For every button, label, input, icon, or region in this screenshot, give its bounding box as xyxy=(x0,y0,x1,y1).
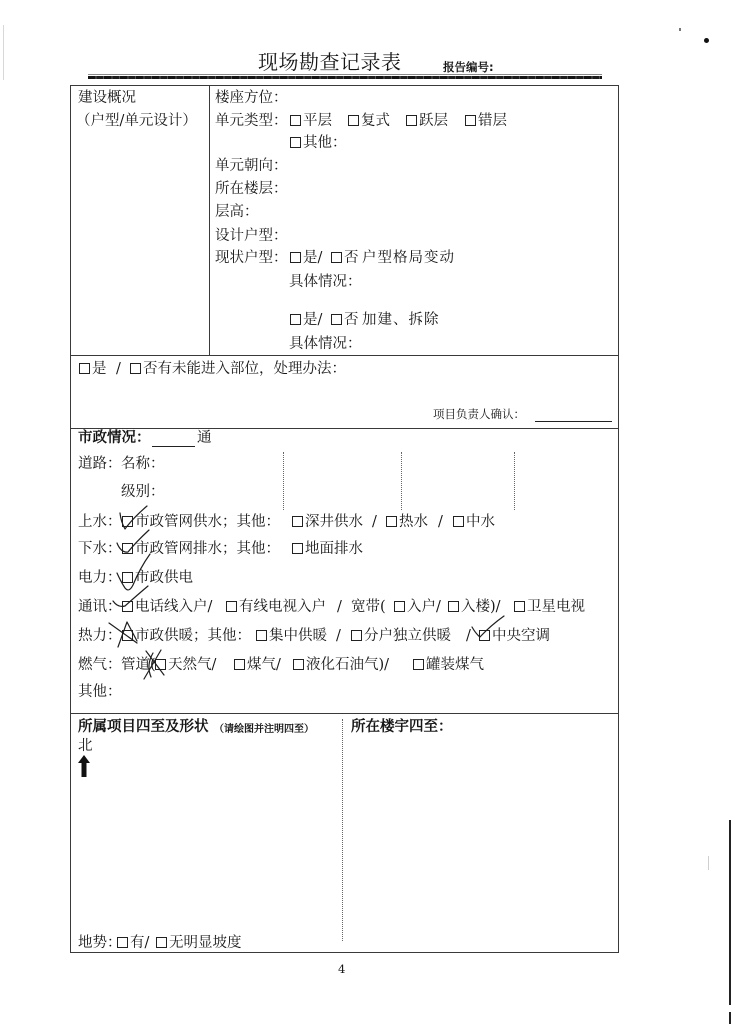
north-label: 北 xyxy=(78,737,93,755)
checkbox-broadband-building[interactable] xyxy=(448,601,459,612)
checkbox-layout-changed-no[interactable] xyxy=(331,252,342,263)
checkbox-satellite-tv[interactable] xyxy=(514,601,525,612)
option-label: 卫星电视 xyxy=(527,599,585,615)
option-label: 是 xyxy=(92,361,107,377)
option-label: 集中供暖 xyxy=(269,628,327,644)
heating-central[interactable]: 集中供暖 xyxy=(255,627,327,645)
checkbox-duplex[interactable] xyxy=(348,115,359,126)
option-label: 煤气/ xyxy=(247,657,281,673)
unit-type-option-other[interactable]: 其他： xyxy=(289,134,347,152)
page-number: 4 xyxy=(338,960,345,978)
broadband-home[interactable]: 入户/ xyxy=(393,598,441,616)
municipal-suffix: 通 xyxy=(197,429,212,447)
gas-lpg[interactable]: 液化石油气)/ xyxy=(292,656,389,674)
form-title: 现场勘查记录表 xyxy=(258,50,402,74)
project-sketch-area[interactable] xyxy=(72,760,340,930)
inaccessible-separator: / xyxy=(116,360,121,378)
checkbox-deep-well[interactable] xyxy=(292,516,303,527)
unit-facing-label: 单元朝向： xyxy=(215,157,288,175)
unit-type-label: 单元类型： xyxy=(215,112,288,130)
option-label: 平层 xyxy=(303,113,332,129)
project-lead-confirm-label: 项目负责人确认： xyxy=(433,405,525,423)
municipal-title: 市政情况： xyxy=(78,429,151,447)
checkbox-inaccessible-no[interactable] xyxy=(130,363,141,374)
project-boundary-title: 所属项目四至及形状 xyxy=(78,718,209,736)
checkbox-reclaimed-water[interactable] xyxy=(453,516,464,527)
project-lead-signature-line[interactable] xyxy=(535,421,612,422)
separator: / xyxy=(372,513,377,531)
checkbox-lpg[interactable] xyxy=(293,659,304,670)
unit-type-option-duplex[interactable]: 复式 xyxy=(347,112,390,130)
road-column-divider-3 xyxy=(514,452,515,510)
water-supply-hot-water[interactable]: 热水 xyxy=(385,513,428,531)
option-label: 市政管网供水；其他： xyxy=(135,514,280,530)
checkbox-coal-gas[interactable] xyxy=(234,659,245,670)
checkbox-bottled-gas[interactable] xyxy=(413,659,424,670)
section-divider-1 xyxy=(70,355,618,356)
water-supply-label: 上水： xyxy=(78,513,122,531)
option-label: 罐装煤气 xyxy=(426,657,484,673)
option-label: 市政管网排水；其他： xyxy=(135,541,280,557)
checkbox-has-slope[interactable] xyxy=(117,937,128,948)
unit-type-option-loft[interactable]: 跃层 xyxy=(405,112,448,130)
option-label: 否有未能进入部位，处理办法： xyxy=(143,361,346,377)
terrain-label: 地势： xyxy=(78,934,122,952)
checkbox-surface-drainage[interactable] xyxy=(292,543,303,554)
additions-item: 加建、拆除 xyxy=(362,311,440,329)
layout-detail-label: 具体情况： xyxy=(289,273,362,291)
option-label: 电话线入户/ xyxy=(135,599,212,615)
power-label: 电力： xyxy=(78,569,122,587)
checkbox-phone-line[interactable] xyxy=(122,601,133,612)
inaccessible-no[interactable]: 否有未能进入部位，处理办法： xyxy=(129,360,346,378)
current-layout-label: 现状户型： xyxy=(215,249,288,267)
separator: / xyxy=(438,513,443,531)
checkbox-hot-water[interactable] xyxy=(386,516,397,527)
option-label: 地面排水 xyxy=(305,541,363,557)
unit-type-option-flat[interactable]: 平层 xyxy=(289,112,332,130)
gas-label: 燃气： xyxy=(78,656,122,674)
project-boundary-note: （请绘图并注明四至） xyxy=(214,721,314,739)
header-rule-thin xyxy=(88,74,602,75)
header-rule-thick xyxy=(88,76,602,79)
option-label: 入户/ xyxy=(407,599,441,615)
checkbox-natural-gas[interactable] xyxy=(155,659,166,670)
option-label: 有/ xyxy=(130,935,149,951)
option-label: 热水 xyxy=(399,514,428,530)
checkbox-water-municipal[interactable] xyxy=(122,516,133,527)
checkbox-additions-no[interactable] xyxy=(331,314,342,325)
checkbox-split-level[interactable] xyxy=(465,115,476,126)
drainage-label: 下水： xyxy=(78,540,122,558)
option-label: 入楼)/ xyxy=(461,599,501,615)
water-supply-reclaimed[interactable]: 中水 xyxy=(452,513,495,531)
separator: / xyxy=(466,627,471,645)
power-municipal[interactable]: 市政供电 xyxy=(121,569,193,587)
option-label: 否 xyxy=(344,312,359,328)
option-label: 是/ xyxy=(303,312,322,328)
building-orientation-label: 楼座方位： xyxy=(215,89,288,107)
checkbox-inaccessible-yes[interactable] xyxy=(79,363,90,374)
checkbox-cable-tv[interactable] xyxy=(226,601,237,612)
road-column-divider-2 xyxy=(401,452,402,510)
scan-edge xyxy=(3,25,4,80)
heating-label: 热力： xyxy=(78,627,122,645)
option-label: 分户独立供暖 xyxy=(364,628,451,644)
checkbox-other[interactable] xyxy=(290,137,301,148)
separator: / xyxy=(337,598,342,616)
option-label: 市政供电 xyxy=(135,570,193,586)
heating-municipal[interactable]: 市政供暖；其他： xyxy=(121,627,251,645)
option-label: 无明显坡度 xyxy=(169,935,242,951)
road-column-divider-1 xyxy=(283,452,284,510)
checkbox-heating-municipal[interactable] xyxy=(122,630,133,641)
option-label: 复式 xyxy=(361,113,390,129)
option-label: 深井供水 xyxy=(305,514,363,530)
inaccessible-yes[interactable]: 是 xyxy=(78,360,107,378)
road-grade-label: 级别： xyxy=(121,483,165,501)
terrain-has-slope[interactable]: 有/ xyxy=(116,934,149,952)
column-divider xyxy=(209,85,210,355)
heating-central-ac[interactable]: 中央空调 xyxy=(478,627,550,645)
option-label: 其他： xyxy=(303,135,347,151)
option-label: 是/ xyxy=(303,250,322,266)
layout-change-item: 户型格局变动 xyxy=(362,249,455,267)
current-layout-yes[interactable]: 是/ xyxy=(289,249,322,267)
checkbox-individual-heating[interactable] xyxy=(351,630,362,641)
option-label: 天然气/ xyxy=(168,657,216,673)
gas-bottled[interactable]: 罐装煤气 xyxy=(412,656,484,674)
broadband-label: 宽带( xyxy=(351,598,386,616)
section-divider-3 xyxy=(70,713,618,714)
additions-detail-label: 具体情况： xyxy=(289,335,362,353)
floor-height-label: 层高： xyxy=(215,203,259,221)
gas-pipeline-label: 管道( xyxy=(121,656,156,674)
scan-speck xyxy=(679,28,681,31)
gas-coal[interactable]: 煤气/ xyxy=(233,656,281,674)
construction-section-sublabel: （户型/单元设计） xyxy=(76,112,197,130)
building-boundary-area[interactable] xyxy=(346,740,614,930)
scan-speck xyxy=(704,38,709,43)
telecom-satellite[interactable]: 卫星电视 xyxy=(513,598,585,616)
boundary-column-divider xyxy=(342,719,343,941)
building-boundary-title: 所在楼宇四至： xyxy=(351,718,453,736)
municipal-other-label: 其他： xyxy=(78,683,122,701)
option-label: 液化石油气)/ xyxy=(306,657,389,673)
option-label: 有线电视入户 xyxy=(239,599,326,615)
unit-type-option-split-level[interactable]: 错层 xyxy=(464,112,507,130)
road-label: 道路： xyxy=(78,455,122,473)
municipal-connection-blank[interactable] xyxy=(152,446,195,447)
water-supply-municipal[interactable]: 市政管网供水；其他： xyxy=(121,513,280,531)
gas-natural[interactable]: 天然气/ xyxy=(154,656,216,674)
checkbox-power-municipal[interactable] xyxy=(122,572,133,583)
design-layout-label: 设计户型： xyxy=(215,227,288,245)
telecom-label: 通讯： xyxy=(78,598,122,616)
option-label: 市政供暖；其他： xyxy=(135,628,251,644)
option-label: 中央空调 xyxy=(492,628,550,644)
additions-no[interactable]: 否 xyxy=(330,311,359,329)
checkbox-loft[interactable] xyxy=(406,115,417,126)
broadband-building[interactable]: 入楼)/ xyxy=(447,598,501,616)
checkbox-layout-changed-yes[interactable] xyxy=(290,252,301,263)
checkbox-central-heating[interactable] xyxy=(256,630,267,641)
heating-individual[interactable]: 分户独立供暖 xyxy=(350,627,451,645)
checkbox-broadband-home[interactable] xyxy=(394,601,405,612)
option-label: 错层 xyxy=(478,113,507,129)
drainage-surface[interactable]: 地面排水 xyxy=(291,540,363,558)
road-name-label: 名称： xyxy=(121,455,165,473)
checkbox-no-slope[interactable] xyxy=(156,937,167,948)
scan-speck xyxy=(708,856,709,870)
checkbox-additions-yes[interactable] xyxy=(290,314,301,325)
terrain-no-slope[interactable]: 无明显坡度 xyxy=(155,934,242,952)
construction-section-label: 建设概况 xyxy=(78,89,136,107)
current-layout-no[interactable]: 否 xyxy=(330,249,359,267)
option-label: 跃层 xyxy=(419,113,448,129)
option-label: 否 xyxy=(344,250,359,266)
additions-yes[interactable]: 是/ xyxy=(289,311,322,329)
telecom-cable-tv[interactable]: 有线电视入户 xyxy=(225,598,326,616)
scanned-form-page: 现场勘查记录表 报告编号: 建设概况 （户型/单元设计） 楼座方位： 单元类型：… xyxy=(0,0,731,1024)
floor-label: 所在楼层： xyxy=(215,180,288,198)
drainage-municipal[interactable]: 市政管网排水；其他： xyxy=(121,540,280,558)
section-divider-2 xyxy=(70,428,618,429)
telecom-phone[interactable]: 电话线入户/ xyxy=(121,598,212,616)
checkbox-central-ac[interactable] xyxy=(479,630,490,641)
checkbox-flat[interactable] xyxy=(290,115,301,126)
checkbox-drainage-municipal[interactable] xyxy=(122,543,133,554)
water-supply-deep-well[interactable]: 深井供水 xyxy=(291,513,363,531)
option-label: 中水 xyxy=(466,514,495,530)
separator: / xyxy=(336,627,341,645)
